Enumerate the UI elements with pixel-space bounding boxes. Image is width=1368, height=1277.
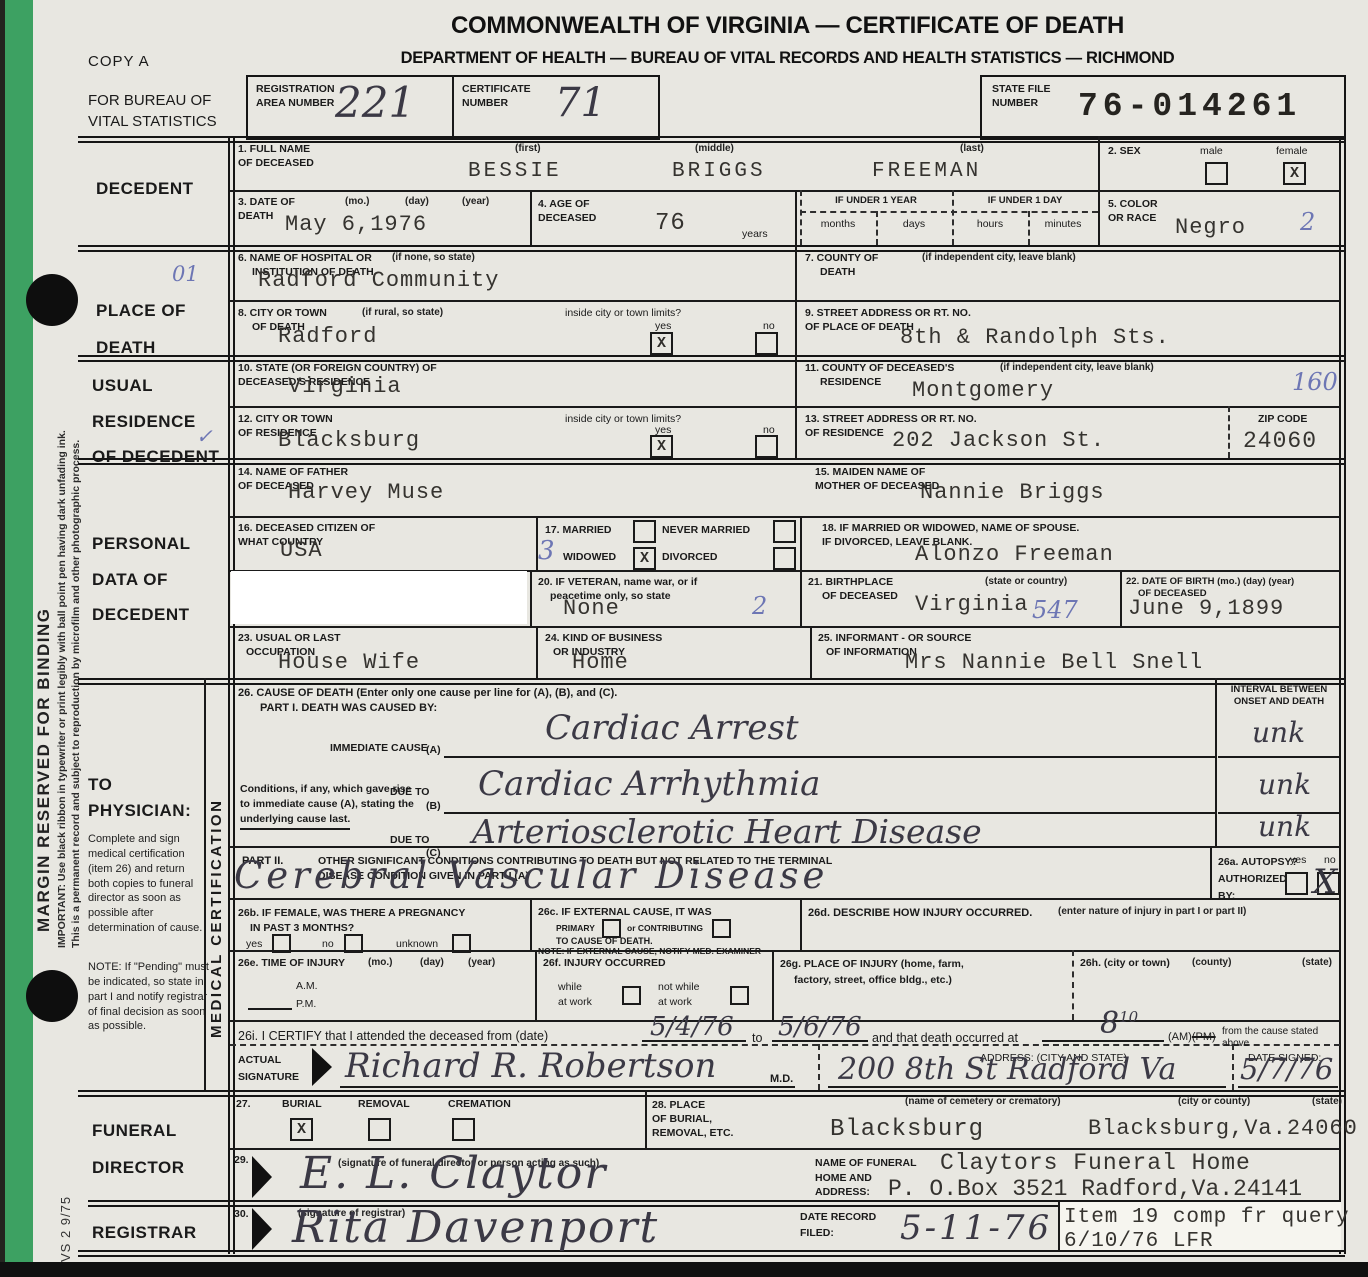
county-code-annotation: 160: [1292, 368, 1338, 396]
divider: [230, 300, 1340, 302]
divider: [230, 190, 1340, 192]
pregnancy-no-checkbox[interactable]: [344, 934, 363, 953]
divider: [530, 190, 532, 245]
state-hint-28: (state): [1312, 1096, 1342, 1108]
cause-c-value[interactable]: Arteriosclerotic Heart Disease: [472, 812, 982, 851]
pregnancy-unknown-label: unknown: [396, 938, 438, 952]
medical-certification-label: MEDICAL CERTIFICATION: [208, 799, 225, 1038]
zip-value[interactable]: 24060: [1243, 428, 1317, 454]
field-27-number: 27.: [236, 1098, 251, 1112]
divider: [535, 950, 537, 1020]
field-28-label: 28. PLACEOF BURIAL,REMOVAL, ETC.: [652, 1098, 733, 1141]
certificate-number-value[interactable]: 71: [555, 80, 606, 126]
certify-text-3: from the cause stated above: [1222, 1026, 1340, 1050]
attended-to-value[interactable]: 5/6/76: [778, 1012, 862, 1042]
scan-bottom-edge: [0, 1262, 1368, 1277]
field-5-label: 5. COLOROR RACE: [1108, 198, 1158, 225]
residence-county-value[interactable]: Montgomery: [912, 378, 1054, 403]
field-26e-label: 26e. TIME OF INJURY: [238, 957, 345, 971]
funeral-director-signature[interactable]: E. L. Claytor: [300, 1148, 607, 1199]
divider: [800, 898, 802, 950]
state-file-value[interactable]: 76-014261: [1078, 88, 1301, 125]
time-blank-line: [248, 1008, 292, 1010]
field-30-number: 30.: [234, 1208, 249, 1222]
last-hint: (last): [960, 143, 984, 155]
female-checkbox[interactable]: X: [1283, 162, 1306, 185]
male-label: male: [1200, 145, 1223, 159]
section-decedent: DECEDENT: [96, 178, 194, 200]
conditions-note: Conditions, if any, which gave riseto im…: [240, 782, 414, 830]
pregnancy-yes-checkbox[interactable]: [272, 934, 291, 953]
cause-line-a: [444, 756, 1215, 758]
field-26d-hint: (enter nature of injury in part I or par…: [1058, 906, 1246, 918]
field-26h-label: 26h. (city or town): [1080, 957, 1170, 971]
certificate-title: COMMONWEALTH OF VIRGINIA — CERTIFICATE O…: [230, 12, 1345, 40]
am-pm-label: (AM)(PM): [1168, 1030, 1216, 1044]
burial-label: BURIAL: [282, 1098, 322, 1112]
certify-text-1: 26i. I CERTIFY that I attended the decea…: [238, 1028, 548, 1044]
first-hint: (first): [515, 143, 541, 155]
section-to-physician: TOPHYSICIAN:: [88, 772, 191, 823]
citizen-value[interactable]: USA: [280, 538, 323, 563]
while-at-work-checkbox[interactable]: [622, 986, 641, 1005]
divider: [78, 355, 1345, 362]
registration-area-label: REGISTRATIONAREA NUMBER: [256, 83, 335, 110]
field-26b-label: 26b. IF FEMALE, WAS THERE A PREGNANCYIN …: [238, 906, 465, 935]
divider: [1098, 136, 1100, 245]
certificate-subtitle: DEPARTMENT OF HEALTH — BUREAU OF VITAL R…: [230, 49, 1345, 68]
divider: [645, 1090, 647, 1148]
physician-address[interactable]: 200 8th St Radford Va: [838, 1052, 1176, 1087]
section-funeral-director: FUNERALDIRECTOR: [92, 1112, 184, 1187]
margin-important-text: IMPORTANT: Use black ribbon in typewrite…: [56, 430, 68, 948]
date-baseline: [1238, 1086, 1338, 1088]
informant-value[interactable]: Mrs Nannie Bell Snell: [905, 650, 1203, 675]
physician-note: Complete and sign medical certification …: [88, 832, 206, 936]
certify-text-2: and that death occurred at: [872, 1030, 1018, 1046]
months-label: months: [800, 218, 876, 232]
middle-hint: (middle): [695, 143, 734, 155]
field-26f-label: 26f. INJURY OCCURRED: [543, 957, 666, 971]
not-while-at-work-checkbox[interactable]: [730, 986, 749, 1005]
from-underline: [642, 1040, 746, 1042]
race-code-annotation: 2: [1300, 208, 1315, 236]
zip-label: ZIP CODE: [1258, 413, 1307, 427]
veteran-value[interactable]: None: [563, 596, 620, 621]
spouse-value[interactable]: Alonzo Freeman: [915, 542, 1114, 567]
field-6-hint: (if none, so state): [392, 252, 475, 264]
divider: [452, 75, 454, 136]
redaction-box: [231, 571, 527, 624]
city-of-death-value[interactable]: Radford: [278, 324, 377, 349]
divider: [204, 678, 206, 1090]
first-name-value[interactable]: BESSIE: [468, 160, 562, 183]
removal-label: REMOVAL: [358, 1098, 410, 1112]
days-label: days: [876, 218, 952, 232]
father-name-value[interactable]: Harvey Muse: [288, 480, 444, 505]
due-to-c-label: DUE TO: [390, 834, 429, 848]
field-1-label: 1. FULL NAMEOF DECEASED: [238, 143, 314, 170]
field-11-label: 11. COUNTY OF DECEASED'S: [805, 362, 954, 376]
physician-signature[interactable]: Richard R. Robertson: [345, 1046, 716, 1086]
divider: [228, 136, 235, 1254]
autopsy-yes-checkbox[interactable]: [1285, 872, 1308, 895]
divider: [230, 898, 1340, 900]
query-note-line1: Item 19 comp fr query: [1064, 1206, 1350, 1229]
cremation-checkbox[interactable]: [452, 1118, 475, 1141]
divider: [1120, 570, 1122, 626]
date-signed-value[interactable]: 5/7/76: [1240, 1052, 1333, 1086]
married-label: 17. MARRIED: [545, 524, 612, 538]
contributing-checkbox[interactable]: [712, 919, 731, 938]
divider: [1339, 136, 1346, 1254]
race-value[interactable]: Negro: [1175, 215, 1246, 240]
field-6-label: 6. NAME OF HOSPITAL OR: [238, 252, 372, 266]
field-2-label: 2. SEX: [1108, 145, 1141, 159]
divider: [1215, 678, 1217, 846]
divorced-label: DIVORCED: [662, 551, 717, 565]
hours-label: hours: [952, 218, 1028, 232]
divider: [1072, 950, 1074, 1020]
place-code-annotation: 01: [172, 262, 199, 286]
section-personal-data: PERSONALDATA OFDECEDENT: [92, 526, 190, 633]
field-7-label: 7. COUNTY OF: [805, 252, 878, 266]
certify-to-label: to: [752, 1030, 762, 1046]
never-married-label: NEVER MARRIED: [662, 524, 750, 538]
registrar-signature[interactable]: Rita Davenport: [292, 1202, 659, 1253]
address-baseline: [828, 1086, 1226, 1088]
divider: [78, 458, 1345, 465]
cremation-label: CREMATION: [448, 1098, 511, 1112]
interval-a-value[interactable]: unk: [1252, 716, 1305, 749]
under-1-year-header: IF UNDER 1 YEAR: [800, 195, 952, 207]
field-11-label2: RESIDENCE: [820, 376, 881, 390]
divider: [1210, 846, 1212, 898]
mother-name-value[interactable]: Nannie Briggs: [920, 480, 1105, 505]
margin-permanent-text: This is a permanent record and subject t…: [70, 440, 82, 948]
county-hint: (county): [1192, 957, 1231, 969]
removal-checkbox[interactable]: [368, 1118, 391, 1141]
pm-label: P.M.: [296, 998, 316, 1012]
pregnancy-unknown-checkbox[interactable]: [452, 934, 471, 953]
date-filed-value[interactable]: 5-11-76: [900, 1208, 1052, 1248]
md-label: M.D.: [770, 1072, 793, 1086]
copy-label: COPY A: [88, 52, 150, 72]
divider: [530, 570, 532, 626]
line-a-label: (A): [426, 744, 441, 758]
date-of-death-value[interactable]: May 6,1976: [285, 212, 427, 237]
signature-arrow: [312, 1048, 335, 1086]
years-label: years: [742, 228, 768, 242]
state-file-label: STATE FILENUMBER: [992, 83, 1051, 110]
cause-a-value[interactable]: Cardiac Arrest: [545, 708, 799, 748]
funeral-home-value[interactable]: Claytors Funeral Home: [940, 1150, 1251, 1176]
field-8-hint: (if rural, so state): [362, 307, 443, 319]
burial-checkbox[interactable]: X: [290, 1118, 313, 1141]
limits-no-checkbox-2[interactable]: [755, 435, 778, 458]
field-21-hint: (state or country): [985, 576, 1067, 588]
to-underline: [772, 1040, 868, 1042]
interval-line-a: [1218, 756, 1339, 758]
bureau-label: FOR BUREAU OFVITAL STATISTICS: [88, 90, 217, 132]
field-26c-note: NOTE: IF EXTERNAL CAUSE, NOTIFY MED. EXA…: [538, 946, 761, 957]
signature-baseline: [340, 1086, 795, 1088]
immediate-cause-label: IMMEDIATE CAUSE: [330, 742, 428, 756]
field-21-label2: OF DECEASED: [822, 590, 898, 604]
field-21-label: 21. BIRTHPLACE: [808, 576, 893, 590]
field-4-label: 4. AGE OFDECEASED: [538, 198, 596, 225]
punch-hole: [26, 970, 78, 1022]
time-underline: [1042, 1040, 1164, 1042]
attended-from-value[interactable]: 5/4/76: [650, 1012, 734, 1042]
pregnancy-yes-label: yes: [246, 938, 262, 952]
divider: [818, 1044, 820, 1090]
birth-date-value[interactable]: June 9,1899: [1128, 596, 1284, 621]
month-hint: (mo.): [345, 196, 369, 208]
divider: [230, 406, 1340, 408]
burial-place-value[interactable]: Blacksburg: [830, 1116, 984, 1143]
punch-hole: [26, 274, 78, 326]
interval-header: INTERVAL BETWEENONSET AND DEATH: [1218, 684, 1340, 709]
funeral-director-arrow: [252, 1156, 275, 1198]
margin-binding-text: MARGIN RESERVED FOR BINDING: [34, 608, 54, 933]
last-name-value[interactable]: FREEMAN: [872, 160, 981, 183]
age-value[interactable]: 76: [655, 210, 686, 237]
field-7-hint: (if independent city, leave blank): [922, 252, 1076, 264]
funeral-home-address[interactable]: P. O.Box 3521 Radford,Va.24141: [888, 1176, 1302, 1202]
date-record-filed-label: DATE RECORDFILED:: [800, 1210, 876, 1242]
not-while-at-work-label: not whileat work: [658, 980, 699, 1009]
divider: [78, 245, 1345, 252]
death-address-value[interactable]: 8th & Randolph Sts.: [900, 325, 1170, 350]
divider: [230, 626, 1340, 628]
injury-yr-hint: (year): [468, 957, 495, 969]
female-label: female: [1276, 145, 1308, 159]
am-label: A.M.: [296, 980, 318, 994]
field-11-hint: (if independent city, leave blank): [1000, 362, 1154, 374]
residence-checkmark: ✓: [196, 424, 213, 448]
under-1-day-header: IF UNDER 1 DAY: [952, 195, 1098, 207]
limits-no-checkbox-1[interactable]: [755, 332, 778, 355]
divider: [1228, 406, 1230, 458]
injury-mo-hint: (mo.): [368, 957, 392, 969]
limits-yes-checkbox-1[interactable]: X: [650, 332, 673, 355]
part1-label: PART I. DEATH WAS CAUSED BY:: [260, 701, 437, 715]
divider: [230, 516, 1340, 518]
injury-day-hint: (day): [420, 957, 444, 969]
birthplace-code-annotation: 547: [1032, 596, 1078, 624]
married-checkbox[interactable]: [633, 520, 656, 543]
binding-green-strip: [5, 0, 33, 1266]
interval-c-value[interactable]: unk: [1258, 810, 1311, 843]
field-8-label: 8. CITY OR TOWN: [238, 307, 327, 321]
interval-b-value[interactable]: unk: [1258, 768, 1311, 801]
residence-address-value[interactable]: 202 Jackson St.: [892, 428, 1105, 453]
never-married-checkbox[interactable]: [773, 520, 796, 543]
cemetery-hint: (name of cemetery or crematory): [905, 1096, 1061, 1108]
autopsy-yes-label: yes: [1290, 854, 1306, 868]
field-26d-label: 26d. DESCRIBE HOW INJURY OCCURRED.: [808, 906, 1032, 920]
minutes-label: minutes: [1028, 218, 1098, 232]
contributing-label: or CONTRIBUTING: [627, 923, 703, 934]
form-code: VS 2 9/75: [58, 1196, 73, 1262]
divider: [78, 136, 1345, 143]
while-at-work-label: whileat work: [558, 980, 592, 1009]
residence-state-value[interactable]: Virginia: [288, 374, 402, 399]
veteran-code-annotation: 2: [752, 592, 767, 620]
divider: [536, 626, 538, 678]
industry-value[interactable]: Home: [572, 650, 629, 675]
query-note-line2: 6/10/76 LFR: [1064, 1230, 1214, 1253]
line-b-label: (B): [426, 800, 441, 814]
limits-yes-checkbox-2[interactable]: X: [650, 435, 673, 458]
registration-area-value[interactable]: 221: [335, 78, 415, 127]
divider: [800, 516, 802, 626]
day-hint: (day): [405, 196, 429, 208]
middle-name-value[interactable]: BRIGGS: [672, 160, 766, 183]
year-hint: (year): [462, 196, 489, 208]
occupation-value[interactable]: House Wife: [278, 650, 420, 675]
divider: [810, 626, 812, 678]
marital-code-annotation: 3: [538, 536, 555, 566]
part2-value[interactable]: Cerebral Vascular Disease: [234, 854, 828, 897]
field-29-number: 29.: [234, 1154, 249, 1168]
field-26g-label: 26g. PLACE OF INJURY (home, farm,factory…: [780, 957, 964, 989]
hospital-value[interactable]: Radford Community: [258, 268, 499, 293]
divider: [795, 190, 797, 458]
divider: [1232, 1044, 1234, 1090]
city-county-hint: (city or county): [1178, 1096, 1250, 1108]
widowed-label: WIDOWED: [563, 551, 616, 565]
pending-note: NOTE: If "Pending" must be indicated, so…: [88, 960, 210, 1034]
residence-city-value[interactable]: Blacksburg: [278, 428, 420, 453]
autopsy-no-mark: X: [1313, 862, 1337, 902]
widowed-checkbox[interactable]: X: [633, 547, 656, 570]
pregnancy-no-label: no: [322, 938, 334, 952]
certificate-number-label: CERTIFICATENUMBER: [462, 83, 531, 110]
section-registrar: REGISTRAR: [92, 1222, 197, 1244]
field-26c-label: 26c. IF EXTERNAL CAUSE, IT WAS: [538, 906, 712, 920]
field-26-label: 26. CAUSE OF DEATH (Enter only one cause…: [238, 686, 617, 700]
divider: [800, 211, 1098, 213]
cause-b-value[interactable]: Cardiac Arrhythmia: [478, 764, 820, 804]
actual-signature-label: ACTUALSIGNATURE: [238, 1052, 299, 1086]
primary-label: PRIMARY: [556, 923, 595, 934]
limits-label-1: inside city or town limits?: [565, 307, 681, 321]
divider: [530, 898, 532, 950]
divider: [772, 950, 774, 1020]
divider: [78, 1090, 1345, 1097]
birthplace-value[interactable]: Virginia: [915, 592, 1029, 617]
death-time-value[interactable]: 810: [1100, 1006, 1138, 1041]
male-checkbox[interactable]: [1205, 162, 1228, 185]
divider: [78, 678, 1345, 685]
divorced-checkbox[interactable]: [773, 547, 796, 570]
registrar-arrow: [252, 1208, 275, 1250]
field-7-label2: DEATH: [820, 266, 855, 280]
state-hint: (state): [1302, 957, 1332, 969]
death-certificate-page: MARGIN RESERVED FOR BINDING IMPORTANT: U…: [0, 0, 1368, 1277]
burial-city-value[interactable]: Blacksburg,Va.24060: [1088, 1116, 1358, 1141]
